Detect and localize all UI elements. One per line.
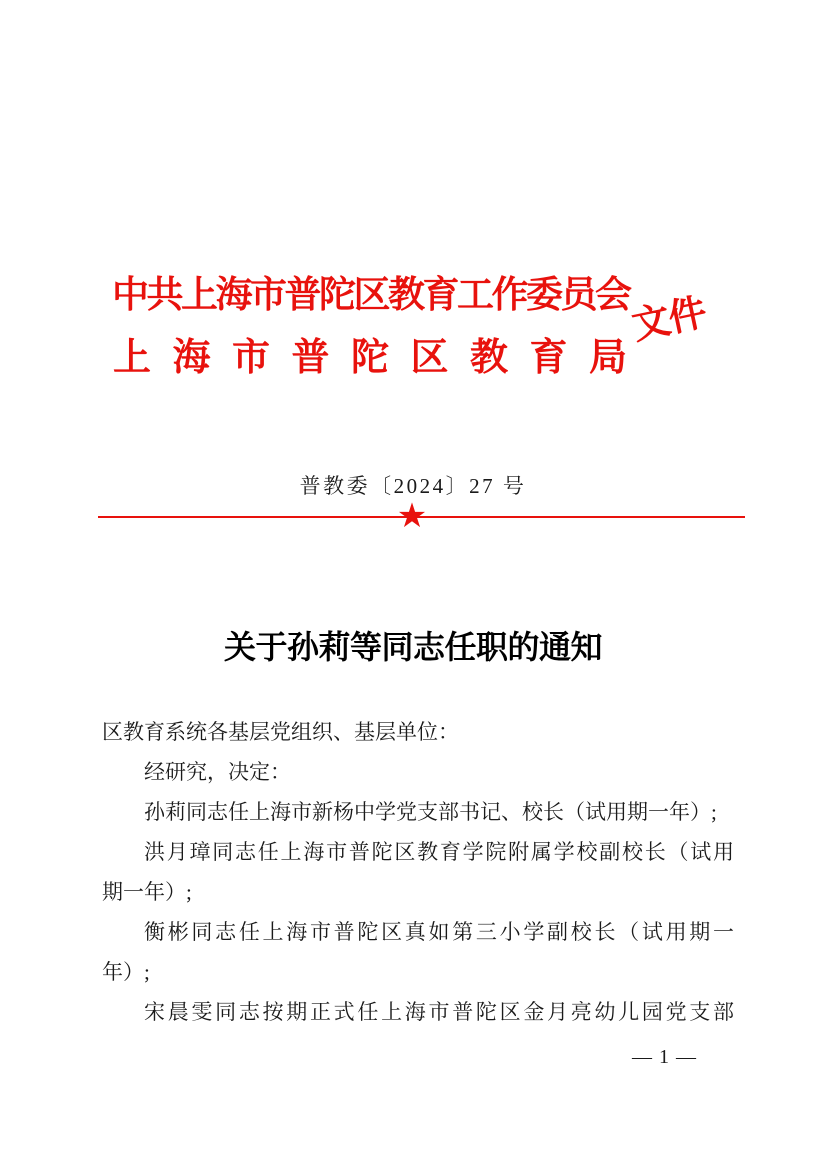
letterhead-org-line2: 上海市普陀区教育局 (113, 339, 649, 377)
body-salutation-line: 区教育系统各基层党组织、基层单位： (102, 712, 734, 752)
letterhead-doc-type-label: 文件 (629, 292, 717, 346)
letterhead-org-line1: 中共上海市普陀区教育工作委员会 (112, 277, 630, 314)
document-title: 关于孙莉等同志任职的通知 (0, 627, 826, 667)
body-appointment-line-4a: 宋晨雯同志按期正式任上海市普陀区金月亮幼儿园党支部 (102, 992, 734, 1032)
body-appointment-line-2a: 洪月璋同志任上海市普陀区教育学院附属学校副校长（试用 (102, 832, 734, 872)
body-appointment-line-3a: 衡彬同志任上海市普陀区真如第三小学副校长（试用期一 (102, 912, 734, 952)
body-decision-line: 经研究，决定： (102, 752, 734, 792)
document-number: 普教委〔2024〕27 号 (0, 472, 826, 500)
star-icon: ★ (392, 499, 432, 535)
page-number: — 1 — (632, 1044, 697, 1070)
document-page: 中共上海市普陀区教育工作委员会 上海市普陀区教育局 文件 普教委〔2024〕27… (0, 0, 826, 1169)
body-appointment-line-2b: 期一年）; (102, 872, 734, 912)
document-body: 区教育系统各基层党组织、基层单位： 经研究，决定： 孙莉同志任上海市新杨中学党支… (102, 712, 734, 1032)
body-appointment-line-1: 孙莉同志任上海市新杨中学党支部书记、校长（试用期一年）; (102, 792, 734, 832)
body-appointment-line-3b: 年）; (102, 952, 734, 992)
